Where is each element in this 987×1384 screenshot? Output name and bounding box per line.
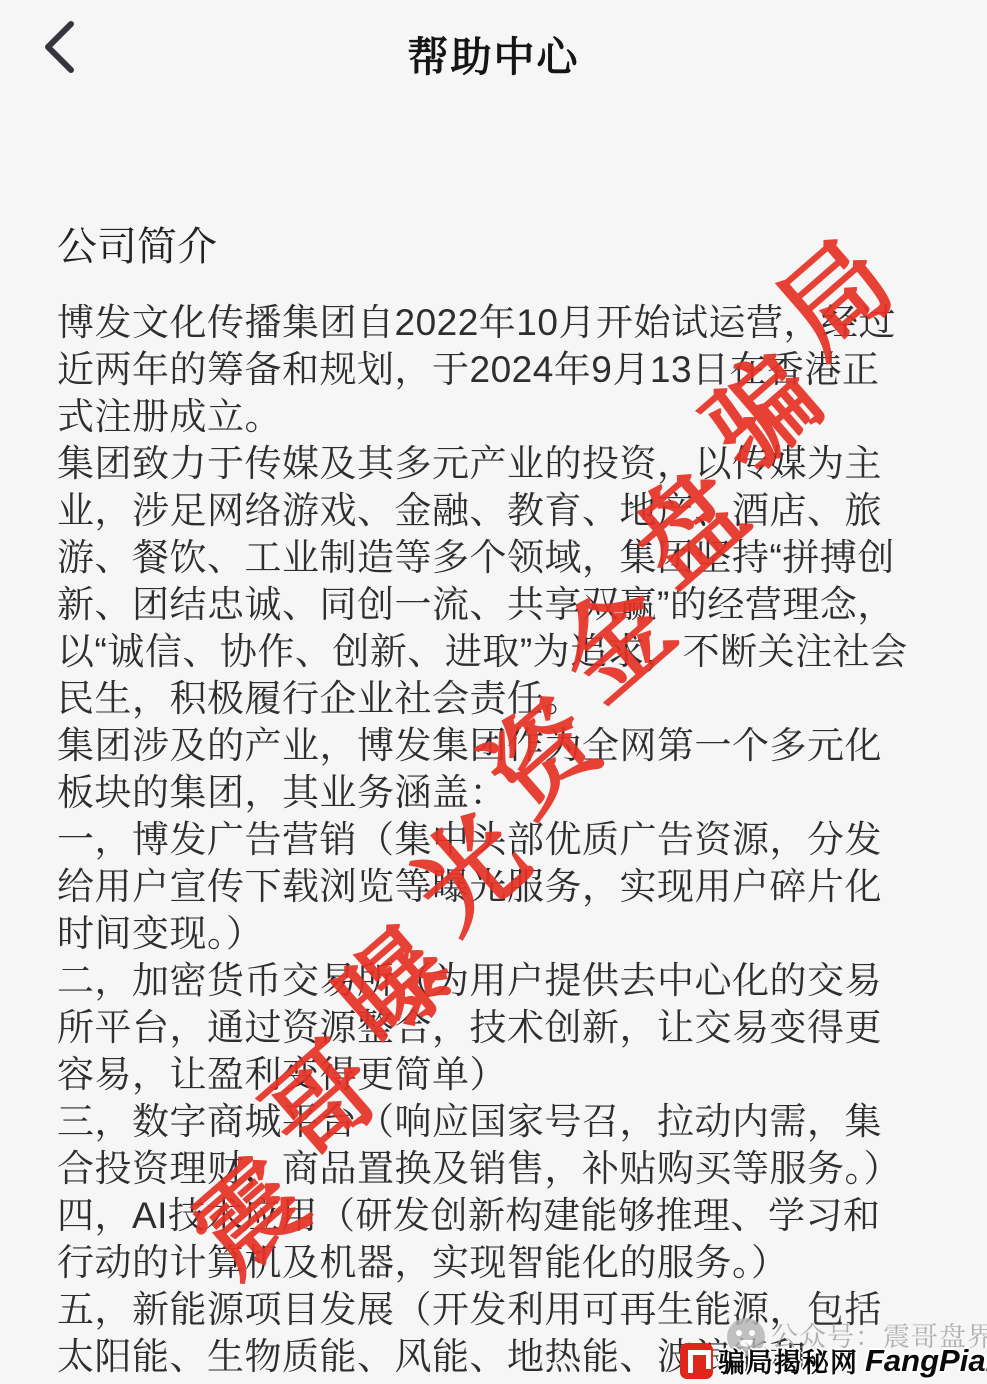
paragraph: 集团涉及的产业，博发集团作为全网第一个多元化板块的集团，其业务涵盖： [57, 722, 909, 816]
help-center-page: 帮助中心 公司简介 博发文化传播集团自2022年10月开始试运营，经过近两年的筹… [0, 0, 987, 1384]
paragraph: 四，AI技术应用（研发创新构建能够推理、学习和行动的计算机及机器，实现智能化的服… [57, 1192, 909, 1286]
paragraph: 一，博发广告营销（集中头部优质广告资源，分发给用户宣传下载浏览等曝光服务，实现用… [57, 816, 909, 957]
site-watermark-name: 骗局揭秘网 [718, 1341, 858, 1380]
header-bar: 帮助中心 [0, 0, 987, 92]
site-watermark: 骗局揭秘网 FangPian.net [680, 1341, 987, 1380]
paragraph: 博发文化传播集团自2022年10月开始试运营，经过近两年的筹备和规划，于2024… [57, 299, 909, 440]
page-title: 帮助中心 [0, 24, 987, 83]
article-heading: 公司简介 [57, 222, 909, 272]
article: 公司简介 博发文化传播集团自2022年10月开始试运营，经过近两年的筹备和规划，… [57, 222, 909, 1380]
paragraph: 集团致力于传媒及其多元产业的投资，以传媒为主业，涉足网络游戏、金融、教育、地产、… [57, 440, 909, 722]
article-body: 博发文化传播集团自2022年10月开始试运营，经过近两年的筹备和规划，于2024… [57, 299, 909, 1380]
paragraph: 三，数字商城平台（响应国家号召，拉动内需，集合投资理财，商品置换及销售，补贴购买… [57, 1098, 909, 1192]
site-watermark-domain: FangPian.net [865, 1343, 987, 1379]
fangpian-logo-icon [680, 1343, 713, 1379]
paragraph: 二，加密货币交易所（为用户提供去中心化的交易所平台，通过资源整合，技术创新，让交… [57, 957, 909, 1098]
